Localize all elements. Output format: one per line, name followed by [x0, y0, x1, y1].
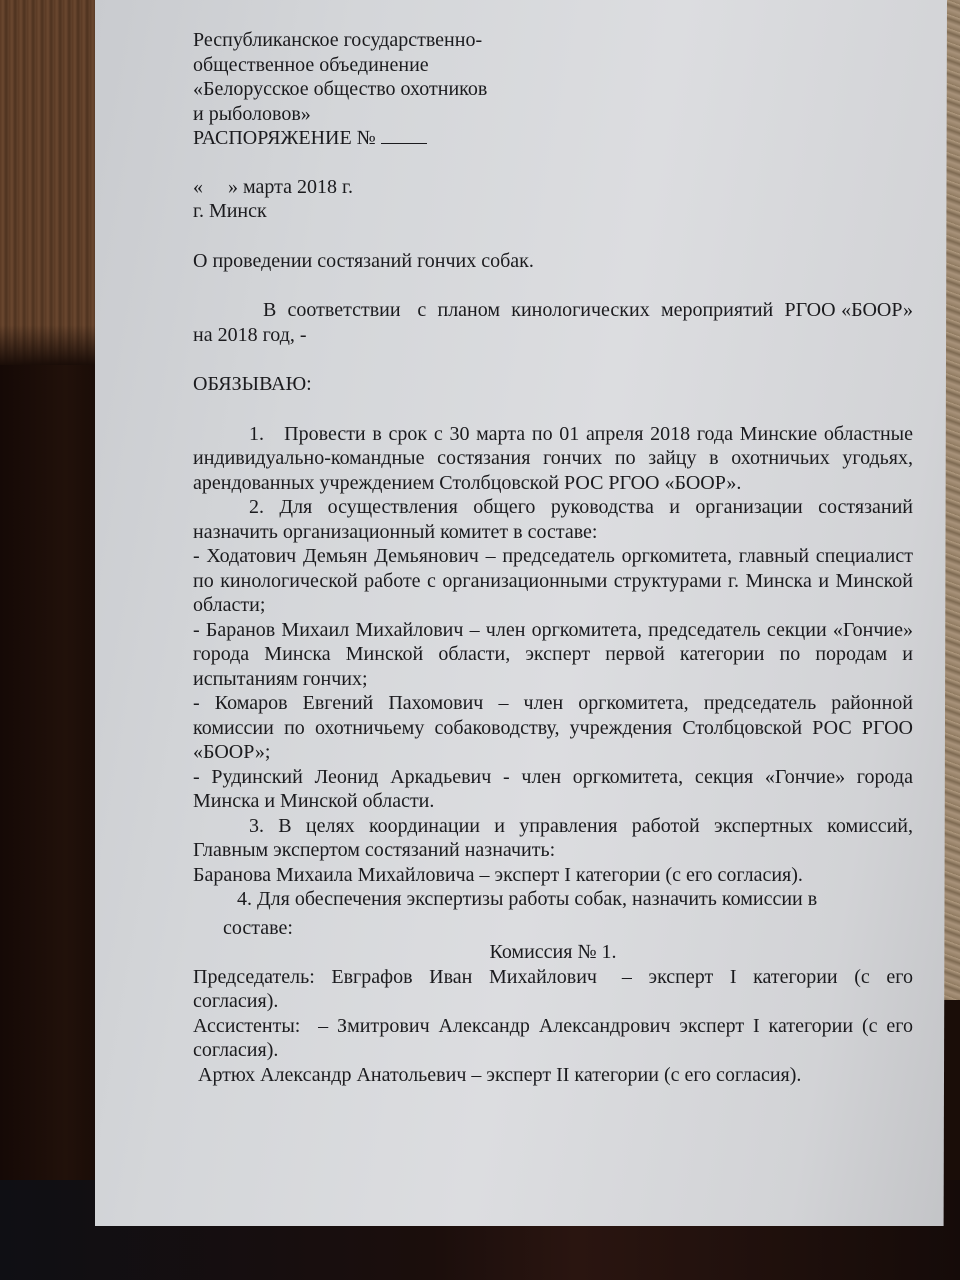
item-4-number: 4. [237, 888, 252, 910]
item-1-text: Провести в срок с 30 марта по 01 апреля … [193, 423, 913, 494]
item-4-text: Для обеспечения экспертизы работы собак,… [257, 888, 817, 910]
committee-member-4: - Рудинский Леонид Аркадьевич - член орг… [193, 765, 913, 814]
document-city: г. Минск [193, 199, 913, 224]
item-4: 4. Для обеспечения экспертизы работы соб… [193, 887, 913, 912]
commission-1-assistant-2: Артюх Александр Анатольевич – эксперт II… [193, 1063, 913, 1088]
committee-member-2: - Баранов Михаил Михайлович – член оргко… [193, 618, 913, 692]
preamble: В соответствии с планом кинологических м… [193, 298, 913, 347]
item-3: 3. В целях координации и управления рабо… [193, 814, 913, 863]
document-subject: О проведении состязаний гончих собак. [193, 249, 913, 274]
org-name-line-4: и рыболовов» [193, 102, 913, 127]
org-name-line-2: общественное объединение [193, 53, 913, 78]
document-header: Республиканское государственно- обществе… [193, 28, 913, 224]
committee-member-3: - Комаров Евгений Пахомович – член оргко… [193, 691, 913, 765]
committee-member-1: - Ходатович Демьян Демьянович – председа… [193, 544, 913, 618]
order-number-blank [381, 127, 427, 144]
order-title: РАСПОРЯЖЕНИЕ № [193, 126, 913, 151]
item-2-text: Для осуществления общего руководства и о… [193, 496, 913, 543]
document-date: « » марта 2018 г. [193, 175, 913, 200]
order-title-text: РАСПОРЯЖЕНИЕ № [193, 127, 376, 149]
item-1-number: 1. [249, 423, 264, 445]
org-name-line-3: «Белорусское общество охотников [193, 77, 913, 102]
item-3-number: 3. [249, 815, 264, 837]
item-2-number: 2. [249, 496, 264, 518]
item-1: 1. Провести в срок с 30 марта по 01 апре… [193, 422, 913, 496]
chief-expert-appointee: Баранова Михаила Михайловича – эксперт I… [193, 863, 913, 888]
item-4-continuation: составе: [193, 916, 913, 941]
wood-surface-background [0, 0, 110, 365]
directive-heading: ОБЯЗЫВАЮ: [193, 372, 913, 397]
dark-background-left [0, 365, 110, 1280]
item-2: 2. Для осуществления общего руководства … [193, 495, 913, 544]
org-name-line-1: Республиканское государственно- [193, 28, 913, 53]
commission-1-title: Комиссия № 1. [193, 940, 913, 965]
commission-1-assistants: Ассистенты: – Змитрович Александр Алекса… [193, 1014, 913, 1063]
item-3-text: В целях координации и управления работой… [193, 815, 913, 862]
commission-1-chair: Председатель: Евграфов Иван Михайлович –… [193, 965, 913, 1014]
document-body: Республиканское государственно- обществе… [193, 28, 913, 1087]
